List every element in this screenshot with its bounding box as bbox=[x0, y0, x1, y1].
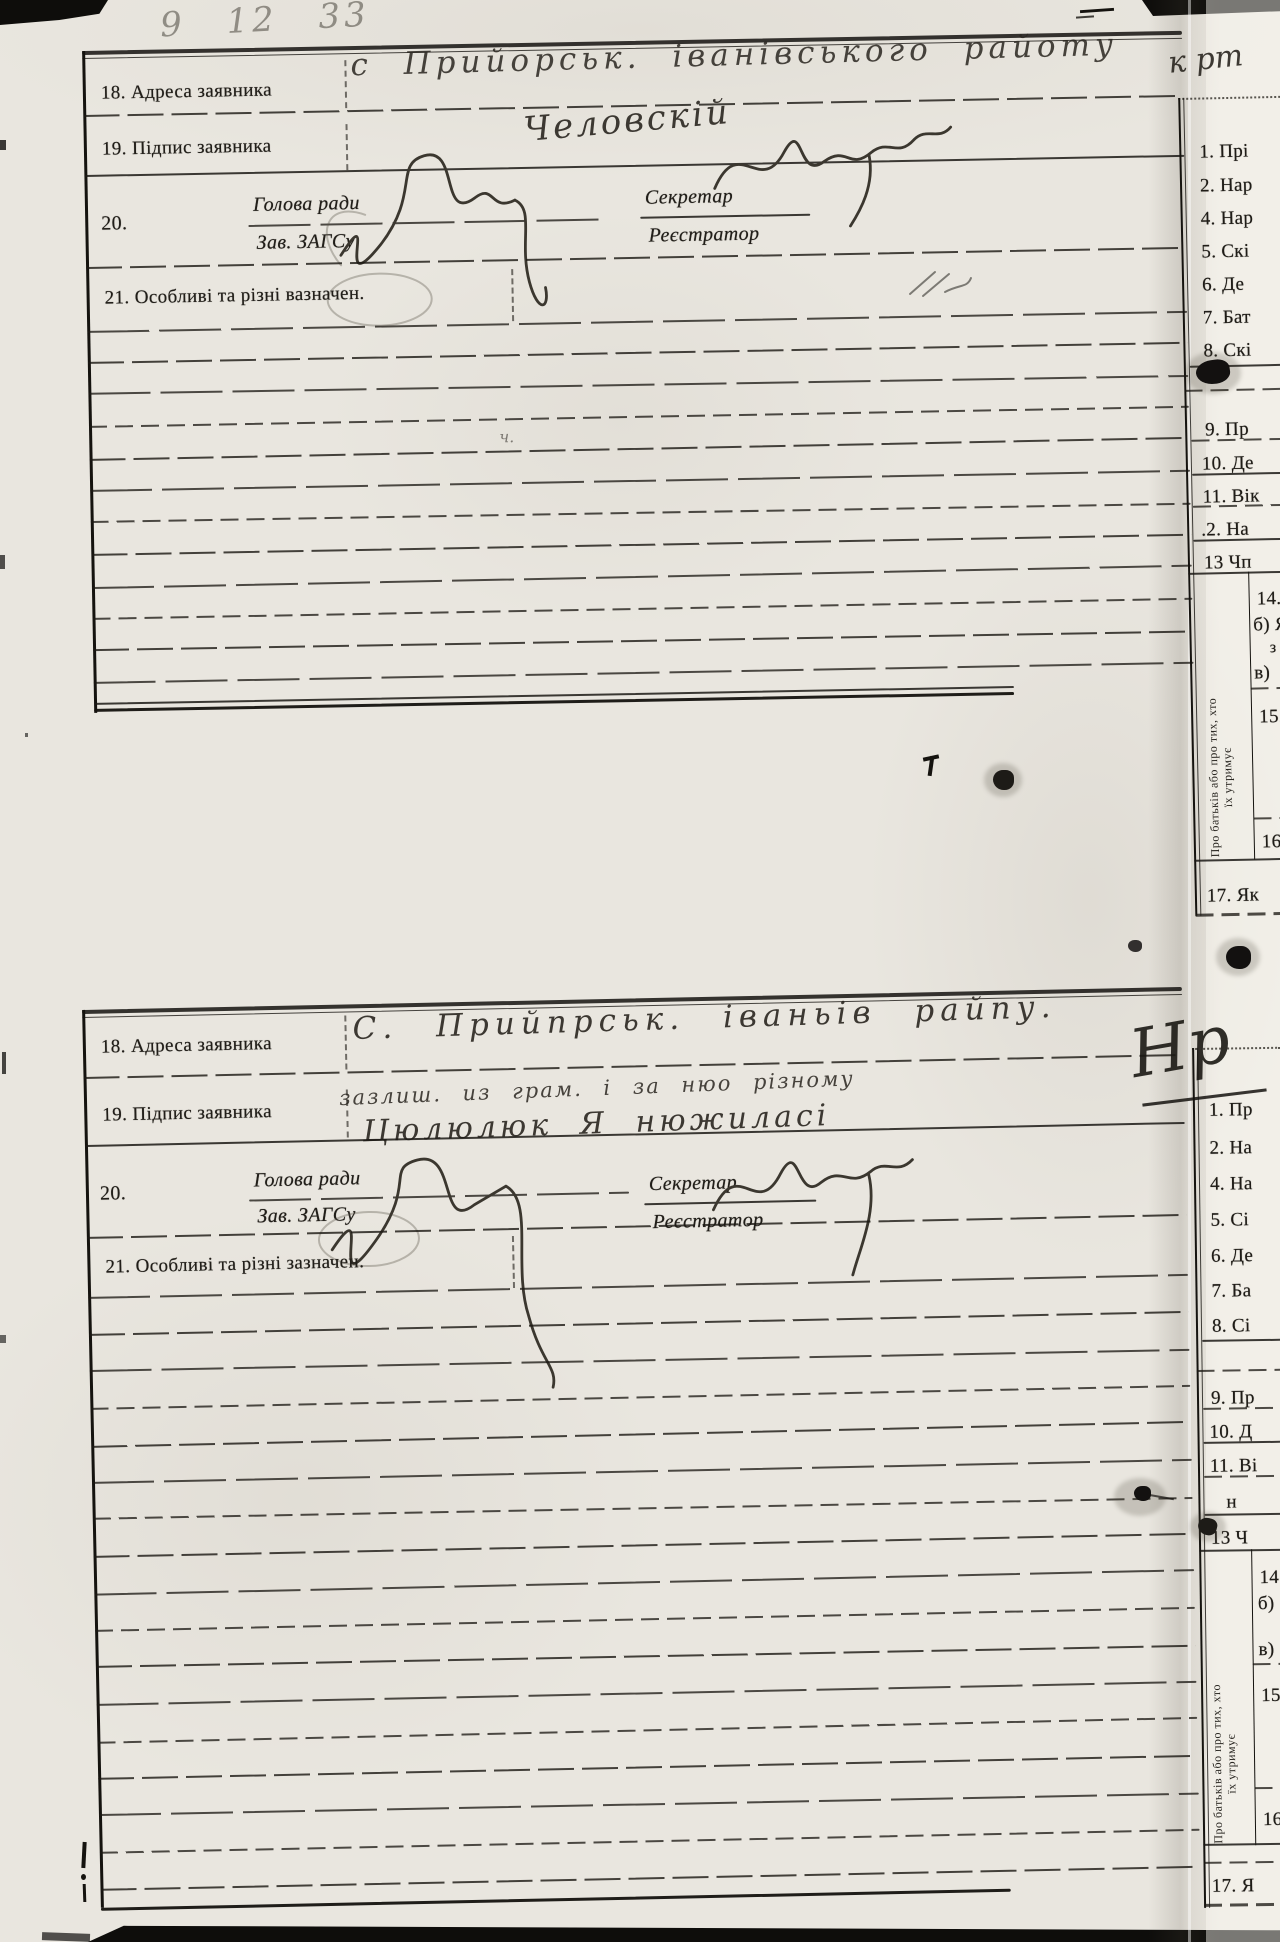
sub-item: в) bbox=[1254, 662, 1270, 684]
sub-item: з bbox=[1270, 639, 1277, 657]
address-label: 18. Адреса заявника bbox=[101, 80, 272, 105]
sub-divider bbox=[1251, 1549, 1257, 1845]
edge-speck bbox=[0, 555, 5, 569]
ruled-line bbox=[90, 1385, 1190, 1410]
edge-speck bbox=[0, 140, 6, 150]
side-item: н bbox=[1226, 1491, 1237, 1513]
ruled-line bbox=[94, 1533, 1194, 1558]
sub-item: 14 bbox=[1259, 1567, 1279, 1589]
scanned-registry-page: 9 12 33 18. Адреса заявника с Прийорськ.… bbox=[0, 0, 1280, 1942]
signature-label: 19. Підпис заявника bbox=[102, 1101, 272, 1127]
side-rule bbox=[1254, 1787, 1280, 1789]
registration-form-top: 18. Адреса заявника с Прийорськ. іванівс… bbox=[82, 25, 1194, 725]
ruled-line bbox=[97, 1717, 1197, 1744]
side-item: 5. Сі bbox=[1210, 1209, 1249, 1232]
ruled-line bbox=[94, 662, 1194, 684]
side-item: 7. Ба bbox=[1211, 1280, 1251, 1303]
sub-item: 15. bbox=[1259, 706, 1280, 729]
ruled-line bbox=[92, 1459, 1192, 1484]
ruled-line bbox=[91, 1421, 1191, 1448]
rule bbox=[84, 155, 1184, 177]
side-column-bottom: 1. Пр 2. На 4. На 5. Сі 6. Де 7. Ба 8. С… bbox=[1192, 1039, 1280, 1920]
side-rule-thick bbox=[1195, 912, 1280, 918]
chairman-signature-scribble bbox=[308, 90, 613, 355]
item-20-number: 20. bbox=[100, 1182, 127, 1206]
ruled-line bbox=[91, 534, 1191, 556]
side-item: 2. Нар bbox=[1200, 174, 1253, 197]
vertical-caption-line2: їх утримує bbox=[1223, 1684, 1239, 1844]
header-scribble: 9 12 33 bbox=[159, 0, 371, 45]
sub-item: 15. bbox=[1261, 1685, 1280, 1707]
rule bbox=[87, 311, 1187, 333]
ruled-line bbox=[101, 1866, 1201, 1891]
vertical-caption: Про батьків або про тих, хто їх утримує bbox=[1205, 697, 1236, 857]
ruled-line bbox=[99, 1793, 1199, 1816]
side-column-top: 1. Прі 2. Нар 4. Нар 5. Скі 6. Де 7. Бат… bbox=[1178, 86, 1280, 938]
ink-dot bbox=[1226, 946, 1251, 969]
side-item-17: 17. Як bbox=[1207, 884, 1260, 907]
ink-halo bbox=[1190, 1512, 1226, 1542]
pen-tick bbox=[83, 1884, 87, 1902]
chairman-signature-scribble bbox=[305, 1134, 611, 1430]
edge-speck bbox=[0, 1335, 6, 1343]
side-rule bbox=[1199, 1549, 1280, 1552]
sub-item: 16. bbox=[1263, 1809, 1280, 1831]
ruled-line bbox=[97, 1681, 1197, 1706]
item-20-number: 20. bbox=[101, 212, 128, 235]
side-item: 7. Бат bbox=[1203, 307, 1251, 330]
side-rule bbox=[1203, 1843, 1280, 1846]
vertical-caption: Про батьків або про тих, хто їх утримує bbox=[1209, 1684, 1239, 1844]
address-handwriting: с Прийорськ. іванівського райоту bbox=[350, 27, 1118, 84]
pen-tick bbox=[81, 1874, 86, 1880]
ruled-line bbox=[96, 1645, 1196, 1668]
edge-speck bbox=[25, 733, 28, 737]
side-rule bbox=[1194, 858, 1280, 862]
ruled-line bbox=[88, 342, 1188, 364]
pen-tick bbox=[81, 1842, 86, 1868]
ruled-line bbox=[93, 631, 1193, 651]
side-item: 8. Сі bbox=[1212, 1315, 1251, 1338]
sub-item: в) bbox=[1258, 1639, 1274, 1661]
ruled-line bbox=[88, 375, 1188, 395]
side-item: 6. Де bbox=[1211, 1245, 1253, 1268]
ink-dot bbox=[1128, 940, 1142, 952]
side-rule bbox=[1202, 1339, 1280, 1342]
ruled-line bbox=[93, 598, 1193, 620]
ruled-line bbox=[92, 565, 1192, 589]
ruled-line bbox=[100, 1829, 1200, 1854]
ruled-line bbox=[90, 437, 1190, 461]
address-label: 18. Адреса заявника bbox=[101, 1033, 273, 1059]
side-rule bbox=[1188, 571, 1280, 575]
signature-label: 19. Підпис заявника bbox=[102, 136, 272, 161]
scan-edge-top-left bbox=[0, 0, 108, 25]
ink-halo bbox=[984, 763, 1022, 797]
ruled-line bbox=[89, 406, 1189, 428]
side-rule bbox=[1251, 687, 1280, 690]
side-item: 1. Пр bbox=[1209, 1099, 1253, 1122]
ruled-line bbox=[94, 1569, 1194, 1595]
side-item: 4. На bbox=[1210, 1173, 1253, 1196]
ink-scratch bbox=[905, 266, 975, 302]
side-rule bbox=[1203, 1861, 1280, 1864]
side-rule-thick bbox=[1204, 1903, 1280, 1908]
ruled-line bbox=[93, 1497, 1193, 1520]
edge-speck bbox=[2, 1052, 6, 1074]
side-rule bbox=[1197, 1369, 1280, 1372]
registration-form-bottom: 18. Адреса заявника С. Прийпрськ. іваньі… bbox=[82, 982, 1201, 1920]
ruled-line bbox=[89, 1311, 1189, 1336]
side-item: 2. На bbox=[1209, 1137, 1252, 1160]
sub-item: б) Я bbox=[1253, 614, 1280, 637]
pen-dash bbox=[1076, 15, 1094, 18]
secretary-signature-scribble bbox=[700, 1125, 953, 1285]
pen-dash bbox=[1080, 8, 1114, 13]
ruled-line bbox=[95, 1607, 1195, 1632]
rule bbox=[88, 1274, 1188, 1299]
ruled-line bbox=[90, 1349, 1190, 1372]
ruled-line bbox=[91, 503, 1191, 523]
row-divider bbox=[344, 1015, 347, 1069]
scan-edge-bottom-chip bbox=[42, 1932, 90, 1942]
side-item: 4. Нар bbox=[1201, 207, 1254, 230]
rule bbox=[86, 247, 1186, 269]
side-item: 1. Прі bbox=[1199, 141, 1249, 164]
sub-item: б) bbox=[1258, 1593, 1275, 1615]
form-border-left bbox=[82, 51, 97, 713]
side-item: 5. Скі bbox=[1201, 241, 1249, 264]
side-rule bbox=[1253, 1663, 1280, 1665]
ruled-line bbox=[98, 1755, 1198, 1780]
stray-mark: ч. bbox=[499, 427, 514, 446]
form-border-bottom bbox=[101, 1889, 1011, 1911]
side-top-dotted-rule bbox=[1178, 96, 1280, 100]
side-bottom-dotted-rule bbox=[1192, 1047, 1280, 1050]
side-rule bbox=[1253, 817, 1280, 820]
scan-edge-bottom bbox=[88, 1924, 1280, 1942]
ruled-line bbox=[90, 470, 1190, 492]
sub-item: 14. bbox=[1256, 588, 1280, 611]
vertical-caption-line1: Про батьків або про тих, хто bbox=[1209, 1684, 1225, 1844]
sub-item: 16. bbox=[1262, 831, 1280, 854]
rule bbox=[87, 1214, 1187, 1239]
side-item: 6. Де bbox=[1202, 274, 1245, 297]
secretary-signature-scribble bbox=[698, 99, 970, 234]
side-item-17: 17. Я bbox=[1212, 1875, 1255, 1898]
